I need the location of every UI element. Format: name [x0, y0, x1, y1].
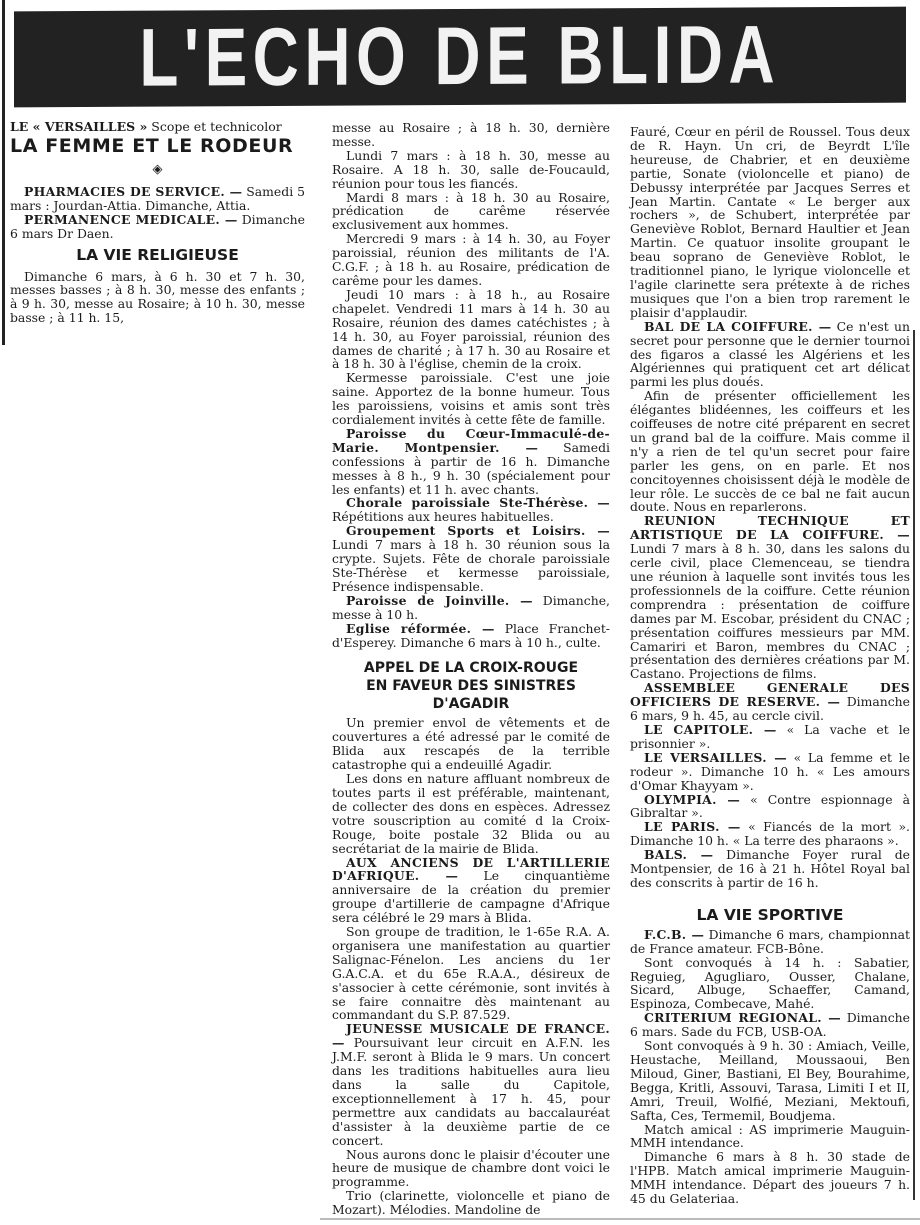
pharmacies-item: PHARMACIES DE SERVICE. — Samedi 5 mars :…	[10, 185, 305, 213]
pharmacies-lead: PHARMACIES DE SERVICE. —	[24, 184, 242, 199]
eglise-reformee-lead: Eglise réformée. —	[346, 621, 495, 636]
column-1: LE « VERSAILLES » Scope et technicolor L…	[10, 120, 305, 325]
bal-coiffure-item: BAL DE LA COIFFURE. — Ce n'est un secret…	[630, 320, 910, 390]
cinema-capitole-item: LE CAPITOLE. — « La vache et le prisonni…	[630, 723, 910, 751]
film-kicker: LE « VERSAILLES » Scope et technicolor	[10, 120, 305, 134]
reunion-coiffure-text: Lundi 7 mars à 8 h. 30, dans les salons …	[630, 541, 910, 681]
kermesse-paragraph: Kermesse paroissiale. C'est une joie sai…	[332, 371, 610, 427]
column-rule-right	[913, 330, 915, 1200]
eglise-reformee-item: Eglise réformée. — Place Franchet-d'Espe…	[332, 622, 610, 650]
bals-item: BALS. — Dimanche Foyer rural de Montpens…	[630, 848, 910, 890]
appeal-headline-line-2: EN FAVEUR DES SINISTRES	[332, 677, 610, 695]
criterium-item: CRITERIUM REGIONAL. — Dimanche 6 mars. S…	[630, 1011, 910, 1039]
joinville-lead: Paroisse de Joinville. —	[346, 593, 533, 608]
artillerie-paragraph-2: Son groupe de tradition, le 1-65e R.A. A…	[332, 925, 610, 1022]
reunion-coiffure-item: REUNION TECHNIQUE ET ARTISTIQUE DE LA CO…	[630, 514, 910, 681]
criterium-lead: CRITERIUM REGIONAL. —	[644, 1010, 841, 1025]
religion-mercredi: Mercredi 9 mars : à 14 h. 30, au Foyer p…	[332, 232, 610, 288]
bal-coiffure-lead: BAL DE LA COIFFURE. —	[644, 319, 831, 334]
appeal-paragraph-1: Un premier envol de vêtements et de couv…	[332, 716, 610, 772]
joinville-item: Paroisse de Joinville. — Dimanche, messe…	[332, 594, 610, 622]
cinema-capitole-lead: LE CAPITOLE. —	[644, 722, 777, 737]
diamond-ornament-icon: ◈	[10, 162, 305, 178]
bal-coiffure-paragraph-2: Afin de présenter officiellement les élé…	[630, 389, 910, 514]
religion-lundi: Lundi 7 mars : à 18 h. 30, messe au Rosa…	[332, 149, 610, 191]
column-3: Fauré, Cœur en péril de Roussel. Tous de…	[630, 125, 910, 1206]
match-amical-1: Match amical : AS imprimerie Mauguin-MMH…	[630, 1123, 910, 1151]
match-amical-2: Dimanche 6 mars à 8 h. 30 stade de l'HPB…	[630, 1150, 910, 1206]
bals-lead: BALS. —	[644, 847, 713, 862]
artillerie-item: AUX ANCIENS DE L'ARTILLERIE D'AFRIQUE. —…	[332, 856, 610, 926]
fcb-item: F.C.B. — Dimanche 6 mars, championnat de…	[630, 928, 910, 956]
film-headline: LA FEMME ET LE RODEUR	[10, 135, 305, 157]
cinema-paris-lead: LE PARIS. —	[644, 819, 741, 834]
section-title-religion: LA VIE RELIGIEUSE	[10, 246, 305, 264]
chorale-lead: Chorale paroissiale Ste-Thérèse. —	[346, 495, 610, 510]
jmf-text: Poursuivant leur circuit en A.F.N. les J…	[332, 1035, 610, 1147]
masthead-banner: L'ECHO DE BLIDA	[14, 7, 906, 108]
criterium-squad: Sont convoqués à 9 h. 30 : Amiach, Veill…	[630, 1039, 910, 1122]
kicker-format: Scope et technicolor	[147, 119, 281, 134]
cinema-olympia-lead: OLYMPIA. —	[644, 792, 740, 807]
groupement-item: Groupement Sports et Loisirs. — Lundi 7 …	[332, 524, 610, 594]
chorale-item: Chorale paroissiale Ste-Thérèse. — Répét…	[332, 496, 610, 524]
jmf-paragraph-2: Nous aurons donc le plaisir d'écouter un…	[332, 1148, 610, 1190]
permanence-lead: PERMANENCE MEDICALE. —	[24, 212, 238, 227]
appeal-paragraph-2: Les dons en nature affluant nombreux de …	[332, 772, 610, 855]
jmf-program-continued: Fauré, Cœur en péril de Roussel. Tous de…	[630, 125, 910, 320]
cinema-paris-item: LE PARIS. — « Fiancés de la mort ». Dima…	[630, 820, 910, 848]
fcb-squad: Sont convoqués à 14 h. : Sabatier, Regui…	[630, 956, 910, 1012]
reunion-coiffure-lead: REUNION TECHNIQUE ET ARTISTIQUE DE LA CO…	[630, 513, 910, 542]
section-title-sport: LA VIE SPORTIVE	[630, 906, 910, 924]
religion-continued: messe au Rosaire ; à 18 h. 30, dernière …	[332, 121, 610, 149]
jmf-paragraph-3: Trio (clarinette, violoncelle et piano d…	[332, 1189, 610, 1217]
appeal-headline-line-3: D'AGADIR	[332, 695, 610, 713]
assemblee-item: ASSEMBLEE GENERALE DES OFFICIERS DE RESE…	[630, 681, 910, 723]
religion-jeudi: Jeudi 10 mars : à 18 h., au Rosaire chap…	[332, 288, 610, 371]
masthead-title: L'ECHO DE BLIDA	[140, 8, 781, 105]
religion-paragraph: Dimanche 6 mars, à 6 h. 30 et 7 h. 30, m…	[10, 270, 305, 326]
groupement-text: Lundi 7 mars à 18 h. 30 réunion sous la …	[332, 537, 610, 594]
jmf-item: JEUNESSE MUSICALE DE FRANCE. — Poursuiva…	[332, 1022, 610, 1147]
permanence-item: PERMANENCE MEDICALE. — Dimanche 6 mars D…	[10, 213, 305, 241]
cinema-versailles-lead: LE VERSAILLES. —	[644, 750, 787, 765]
groupement-lead: Groupement Sports et Loisirs. —	[346, 523, 610, 538]
fcb-lead: F.C.B. —	[644, 927, 704, 942]
religion-mardi: Mardi 8 mars : à 18 h. 30 au Rosaire, pr…	[332, 191, 610, 233]
kicker-cinema: LE « VERSAILLES »	[10, 119, 147, 134]
column-2: messe au Rosaire ; à 18 h. 30, dernière …	[332, 121, 610, 1217]
chorale-text: Répétitions aux heures habituelles.	[332, 509, 554, 524]
appeal-headline: APPEL DE LA CROIX-ROUGE EN FAVEUR DES SI…	[332, 659, 610, 713]
paroisse-coeur-item: Paroisse du Cœur-Immaculé-de-Marie. Mont…	[332, 427, 610, 497]
cinema-versailles-item: LE VERSAILLES. — « La femme et le rodeur…	[630, 751, 910, 793]
bottom-rule	[320, 1218, 920, 1220]
column-rule-left	[2, 0, 5, 345]
cinema-olympia-item: OLYMPIA. — « Contre espionnage à Gibralt…	[630, 793, 910, 821]
appeal-headline-line-1: APPEL DE LA CROIX-ROUGE	[332, 659, 610, 677]
